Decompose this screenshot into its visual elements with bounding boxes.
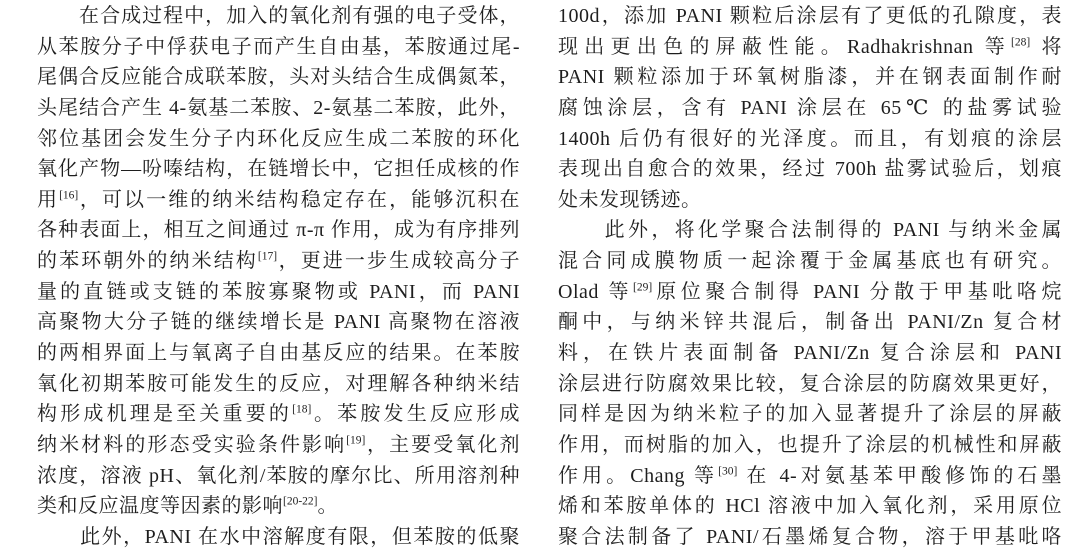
text-run: 将: [1030, 36, 1062, 58]
citation-ref: [17]: [258, 250, 277, 262]
text-line: 酮中，与纳米锌共混后，制备出 PANI/Zn 复合材: [558, 307, 1062, 338]
text-run: 头尾结合产生 4-氨基二苯胺、2-氨基二苯胺，此外，: [37, 97, 520, 119]
text-run: 尾偶合反应能合成联苯胺，头对头结合生成偶氮苯，: [37, 66, 520, 88]
text-run: 料，在铁片表面制备 PANI/Zn 复合涂层和 PANI: [558, 342, 1062, 364]
text-line: 现出更出色的屏蔽性能。Radhakrishnan 等[28] 将: [558, 32, 1062, 63]
text-line: 1400h 后仍有很好的光泽度。而且，有划痕的涂层: [558, 124, 1062, 155]
text-line: 100d，添加 PANI 颗粒后涂层有了更低的孔隙度，表: [558, 1, 1062, 32]
text-line: 高聚物大分子链的继续增长是 PANI 高聚物在溶液: [37, 307, 520, 338]
text-run: 烯和苯胺单体的 HCl 溶液中加入氧化剂，采用原位: [558, 495, 1062, 517]
citation-ref: [29]: [633, 281, 652, 293]
text-run: 浓度，溶液 pH、氧化剂/苯胺的摩尔比、所用溶剂种: [37, 465, 520, 487]
text-run: Olad 等: [558, 281, 633, 303]
text-line: 作用。Chang 等[30] 在 4-对氨基苯甲酸修饰的石墨: [558, 461, 1062, 492]
text-run: 处未发现锈迹。: [558, 189, 702, 211]
text-line: 聚合法制备了 PANI/石墨烯复合物，溶于甲基吡咯: [558, 522, 1062, 553]
text-run: 聚合法制备了 PANI/石墨烯复合物，溶于甲基吡咯: [558, 526, 1062, 548]
text-line: 作用，而树脂的加入，也提升了涂层的机械性和屏蔽: [558, 430, 1062, 461]
text-line: PANI 颗粒添加于环氧树脂漆，并在钢表面制作耐: [558, 62, 1062, 93]
citation-ref: [19]: [346, 434, 365, 446]
text-run: 原位聚合制得 PANI 分散于甲基吡咯烷: [652, 281, 1062, 303]
text-line: 料，在铁片表面制备 PANI/Zn 复合涂层和 PANI: [558, 338, 1062, 369]
text-line: 构形成机理是至关重要的[18]。苯胺发生反应形成: [37, 399, 520, 430]
text-line: 的苯环朝外的纳米结构[17]，更进一步生成较高分子: [37, 246, 520, 277]
text-run: ，可以一维的纳米结构稳定存在，能够沉积在: [78, 189, 520, 211]
text-run: 此外，将化学聚合法制得的 PANI 与纳米金属: [558, 219, 1062, 241]
citation-ref: [18]: [292, 404, 311, 416]
text-run: 纳米材料的形态受实验条件影响: [37, 434, 346, 456]
text-run: 1400h 后仍有很好的光泽度。而且，有划痕的涂层: [558, 128, 1062, 150]
text-run: 高聚物大分子链的继续增长是 PANI 高聚物在溶液: [37, 311, 520, 333]
text-line: 在合成过程中，加入的氧化剂有强的电子受体，: [37, 1, 520, 32]
text-run: ，更进一步生成较高分子: [277, 250, 520, 272]
text-run: 作用。Chang 等: [558, 465, 718, 487]
text-run: 作用，而树脂的加入，也提升了涂层的机械性和屏蔽: [558, 434, 1062, 456]
text-line: 头尾结合产生 4-氨基二苯胺、2-氨基二苯胺，此外，: [37, 93, 520, 124]
text-line: 的两相界面上与氧离子自由基反应的结果。在苯胺: [37, 338, 520, 369]
text-run: 用: [37, 189, 59, 211]
text-run: 。苯胺发生反应形成: [311, 403, 520, 425]
text-line: 各种表面上，相互之间通过 π-π 作用，成为有序排列: [37, 215, 520, 246]
text-run: 现出更出色的屏蔽性能。Radhakrishnan 等: [558, 36, 1011, 58]
text-line: Olad 等[29]原位聚合制得 PANI 分散于甲基吡咯烷: [558, 277, 1062, 308]
text-run: 表现出自愈合的效果，经过 700h 盐雾试验后，划痕: [558, 158, 1062, 180]
text-run: 在合成过程中，加入的氧化剂有强的电子受体，: [37, 5, 520, 27]
text-run: 构形成机理是至关重要的: [37, 403, 292, 425]
text-line: 混合同成膜物质一起涂覆于金属基底也有研究。: [558, 246, 1062, 277]
text-run: 的苯环朝外的纳米结构: [37, 250, 258, 272]
text-run: 的两相界面上与氧离子自由基反应的结果。在苯胺: [37, 342, 520, 364]
text-line: 从苯胺分子中俘获电子而产生自由基，苯胺通过尾-: [37, 32, 520, 63]
text-line: 氧化初期苯胺可能发生的反应，对理解各种纳米结: [37, 369, 520, 400]
text-line: 此外，将化学聚合法制得的 PANI 与纳米金属: [558, 215, 1062, 246]
text-run: 氧化初期苯胺可能发生的反应，对理解各种纳米结: [37, 373, 520, 395]
article-column-left: 在合成过程中，加入的氧化剂有强的电子受体，从苯胺分子中俘获电子而产生自由基，苯胺…: [37, 1, 520, 553]
citation-ref: [30]: [718, 465, 737, 477]
text-line: 腐蚀涂层，含有 PANI 涂层在 65℃ 的盐雾试验: [558, 93, 1062, 124]
text-line: 表现出自愈合的效果，经过 700h 盐雾试验后，划痕: [558, 154, 1062, 185]
text-line: 烯和苯胺单体的 HCl 溶液中加入氧化剂，采用原位: [558, 491, 1062, 522]
text-line: 纳米材料的形态受实验条件影响[19]，主要受氧化剂: [37, 430, 520, 461]
text-run: 酮中，与纳米锌共混后，制备出 PANI/Zn 复合材: [558, 311, 1062, 333]
text-line: 尾偶合反应能合成联苯胺，头对头结合生成偶氮苯，: [37, 62, 520, 93]
text-run: 在 4-对氨基苯甲酸修饰的石墨: [737, 465, 1062, 487]
citation-ref: [28]: [1011, 36, 1030, 48]
text-run: 。: [318, 495, 339, 517]
text-run: 氧化产物—吩嗪结构，在链增长中，它担任成核的作: [37, 158, 520, 180]
text-line: 类和反应温度等因素的影响[20-22]。: [37, 491, 520, 522]
text-line: 浓度，溶液 pH、氧化剂/苯胺的摩尔比、所用溶剂种: [37, 461, 520, 492]
text-run: 100d，添加 PANI 颗粒后涂层有了更低的孔隙度，表: [558, 5, 1062, 27]
text-run: 邻位基团会发生分子内环化反应生成二苯胺的环化: [37, 128, 520, 150]
text-line: 涂层进行防腐效果比较，复合涂层的防腐效果更好，: [558, 369, 1062, 400]
text-run: 量的直链或支链的苯胺寡聚物或 PANI，而 PANI: [37, 281, 520, 303]
text-line: 邻位基团会发生分子内环化反应生成二苯胺的环化: [37, 124, 520, 155]
article-column-right: 100d，添加 PANI 颗粒后涂层有了更低的孔隙度，表现出更出色的屏蔽性能。R…: [558, 1, 1062, 553]
text-run: PANI 颗粒添加于环氧树脂漆，并在钢表面制作耐: [558, 66, 1062, 88]
text-line: 处未发现锈迹。: [558, 185, 1062, 216]
citation-ref: [16]: [59, 189, 78, 201]
text-run: 各种表面上，相互之间通过 π-π 作用，成为有序排列: [37, 219, 520, 241]
text-run: ，主要受氧化剂: [365, 434, 520, 456]
text-run: 类和反应温度等因素的影响: [37, 495, 283, 517]
text-line: 氧化产物—吩嗪结构，在链增长中，它担任成核的作: [37, 154, 520, 185]
text-line: 量的直链或支链的苯胺寡聚物或 PANI，而 PANI: [37, 277, 520, 308]
text-run: 混合同成膜物质一起涂覆于金属基底也有研究。: [558, 250, 1062, 272]
text-run: 此外，PANI 在水中溶解度有限，但苯胺的低聚: [37, 526, 520, 548]
text-line: 同样是因为纳米粒子的加入显著提升了涂层的屏蔽: [558, 399, 1062, 430]
text-run: 涂层进行防腐效果比较，复合涂层的防腐效果更好，: [558, 373, 1062, 395]
text-line: 用[16]，可以一维的纳米结构稳定存在，能够沉积在: [37, 185, 520, 216]
paper-page: 在合成过程中，加入的氧化剂有强的电子受体，从苯胺分子中俘获电子而产生自由基，苯胺…: [0, 0, 1088, 553]
citation-ref: [20-22]: [283, 496, 318, 508]
text-run: 从苯胺分子中俘获电子而产生自由基，苯胺通过尾-: [37, 36, 520, 58]
text-run: 腐蚀涂层，含有 PANI 涂层在 65℃ 的盐雾试验: [558, 97, 1062, 119]
text-line: 此外，PANI 在水中溶解度有限，但苯胺的低聚: [37, 522, 520, 553]
text-run: 同样是因为纳米粒子的加入显著提升了涂层的屏蔽: [558, 403, 1062, 425]
